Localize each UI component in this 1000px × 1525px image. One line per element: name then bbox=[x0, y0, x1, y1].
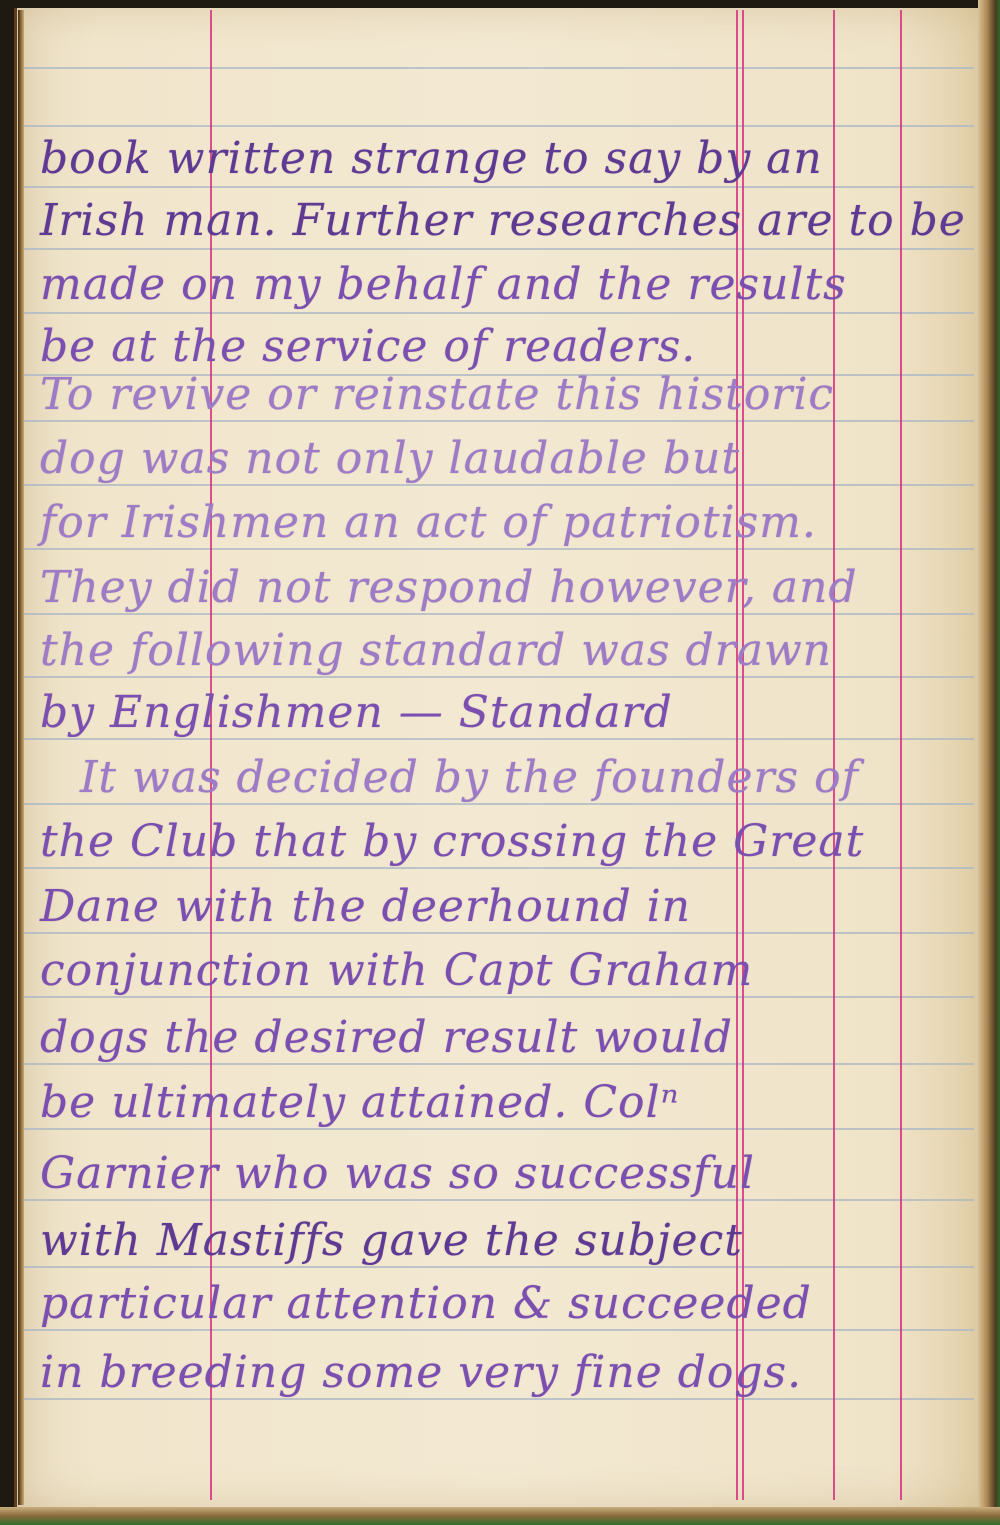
rule-line bbox=[24, 1329, 974, 1331]
rule-line bbox=[24, 484, 974, 486]
page-bottom-edge bbox=[0, 1507, 1000, 1525]
rule-line bbox=[24, 1266, 974, 1268]
rule-line bbox=[24, 186, 974, 188]
handwritten-line: be ultimately attained. Colⁿ bbox=[40, 1078, 960, 1128]
handwritten-line: the following standard was drawn bbox=[40, 626, 960, 676]
handwritten-line: It was decided by the founders of bbox=[80, 753, 1000, 803]
handwritten-line: be at the service of readers. bbox=[40, 322, 960, 372]
rule-line bbox=[24, 248, 974, 250]
rule-line bbox=[24, 125, 974, 127]
rule-line bbox=[24, 1128, 974, 1130]
handwritten-line: dog was not only laudable but bbox=[40, 434, 960, 484]
bleed-through-text bbox=[60, 30, 910, 120]
rule-line bbox=[24, 738, 974, 740]
rule-line bbox=[24, 932, 974, 934]
rule-line bbox=[24, 676, 974, 678]
handwritten-line: by Englishmen — Standard bbox=[40, 688, 960, 738]
handwritten-line: dogs the desired result would bbox=[40, 1013, 960, 1063]
handwritten-line: To revive or reinstate this historic bbox=[40, 370, 960, 420]
handwritten-line: the Club that by crossing the Great bbox=[40, 817, 960, 867]
rule-line bbox=[24, 867, 974, 869]
rule-line bbox=[24, 803, 974, 805]
rule-line bbox=[24, 1398, 974, 1400]
handwritten-line: with Mastiffs gave the subject bbox=[40, 1216, 960, 1266]
handwritten-line: Dane with the deerhound in bbox=[40, 882, 960, 932]
handwritten-line: They did not respond however, and bbox=[40, 563, 960, 613]
page-right-edge bbox=[978, 0, 1000, 1525]
handwritten-line: Irish man. Further researches are to be bbox=[40, 196, 960, 246]
rule-line bbox=[24, 67, 974, 69]
rule-line bbox=[24, 1199, 974, 1201]
handwritten-line: conjunction with Capt Graham bbox=[40, 946, 960, 996]
handwritten-line: in breeding some very fine dogs. bbox=[40, 1348, 960, 1398]
handwritten-line: for Irishmen an act of patriotism. bbox=[40, 498, 960, 548]
rule-line bbox=[24, 613, 974, 615]
rule-line bbox=[24, 548, 974, 550]
page-binding-edge bbox=[18, 10, 24, 1505]
handwritten-line: Garnier who was so successful bbox=[40, 1149, 960, 1199]
rule-line bbox=[24, 1063, 974, 1065]
handwritten-line: particular attention & succeeded bbox=[40, 1279, 960, 1329]
handwritten-line: made on my behalf and the results bbox=[40, 260, 960, 310]
rule-line bbox=[24, 996, 974, 998]
handwritten-line: book written strange to say by an bbox=[40, 134, 960, 184]
rule-line bbox=[24, 312, 974, 314]
rule-line bbox=[24, 420, 974, 422]
